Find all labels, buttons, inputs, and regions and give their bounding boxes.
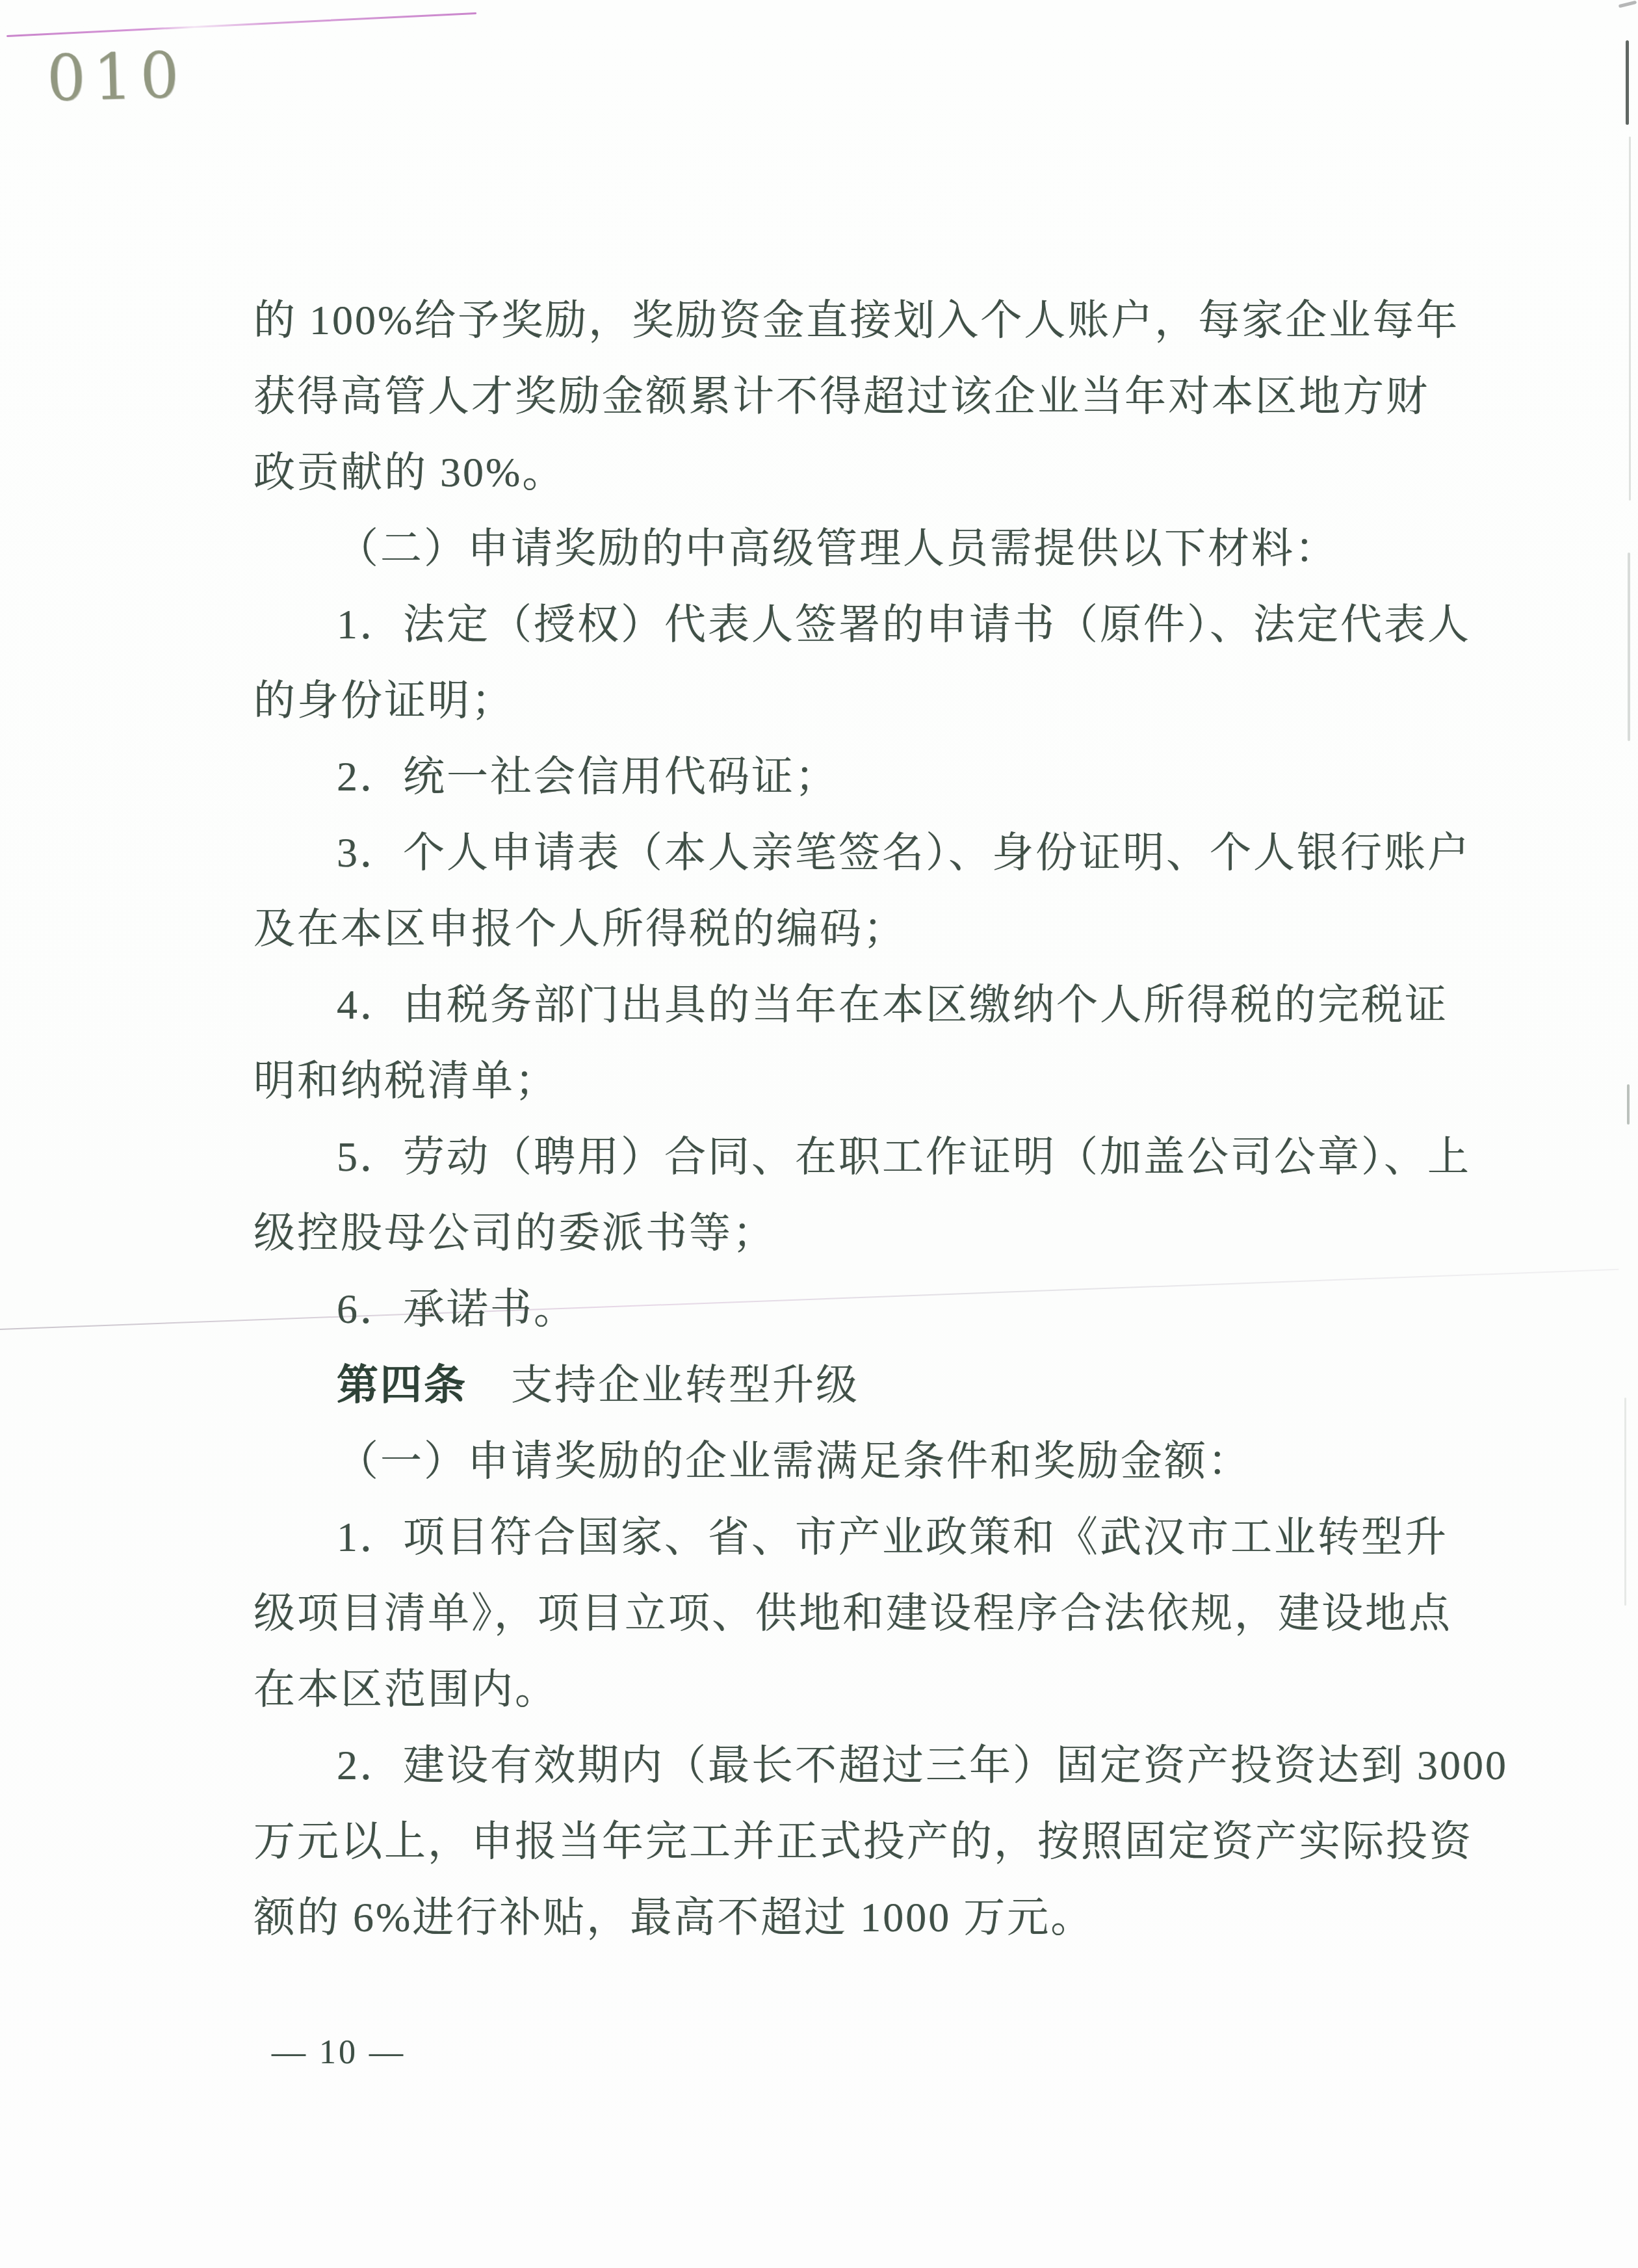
scan-artifact-edge-mark bbox=[1627, 1084, 1630, 1125]
page-number: — 10 — bbox=[272, 2033, 406, 2072]
text-segment: 级控股母公司的委派书等； bbox=[253, 1210, 776, 1256]
scanned-document-page: 010 的 100%给予奖励，奖励资金直接划入个人账户，每家企业每年获得高管人才… bbox=[0, 0, 1638, 2268]
text-segment: 3．个人申请表（本人亲笔签名）、身份证明、个人银行账户 bbox=[337, 829, 1471, 876]
text-line: 1．项目符合国家、省、市产业政策和《武汉市工业转型升 bbox=[337, 1514, 1448, 1561]
scan-artifact-edge-mark bbox=[1624, 1398, 1626, 1606]
text-segment: 2．建设有效期内（最长不超过三年）固定资产投资达到 3000 bbox=[337, 1742, 1508, 1788]
text-segment: 1．法定（授权）代表人签署的申请书（原件）、法定代表人 bbox=[337, 601, 1471, 647]
text-segment: 的身份证明； bbox=[253, 677, 515, 723]
scan-artifact-crease bbox=[0, 1269, 1618, 1330]
scan-artifact-edge-mark bbox=[1629, 137, 1631, 501]
text-segment: 的 100%给予奖励，奖励资金直接划入个人账户，每家企业每年 bbox=[253, 297, 1459, 343]
text-line: 额的 6%进行补贴，最高不超过 1000 万元。 bbox=[253, 1894, 1094, 1941]
text-segment: 明和纳税清单； bbox=[253, 1058, 558, 1104]
text-line: 1．法定（授权）代表人签署的申请书（原件）、法定代表人 bbox=[337, 601, 1471, 648]
text-line: 级项目清单》，项目立项、供地和建设程序合法依规，建设地点 bbox=[253, 1590, 1452, 1637]
text-line: 5．劳动（聘用）合同、在职工作证明（加盖公司公章）、上 bbox=[337, 1134, 1471, 1180]
text-segment: 1．项目符合国家、省、市产业政策和《武汉市工业转型升 bbox=[337, 1514, 1448, 1560]
text-segment: 万元以上，申报当年完工并正式投产的，按照固定资产实际投资 bbox=[253, 1818, 1473, 1864]
text-segment: 级项目清单》，项目立项、供地和建设程序合法依规，建设地点 bbox=[253, 1590, 1452, 1636]
text-line: 的身份证明； bbox=[253, 677, 515, 724]
text-segment: 支持企业转型升级 bbox=[467, 1362, 859, 1408]
text-line: 级控股母公司的委派书等； bbox=[253, 1210, 776, 1257]
text-line: （一）申请奖励的企业需满足条件和奖励金额： bbox=[337, 1438, 1251, 1485]
text-line: 4．由税务部门出具的当年在本区缴纳个人所得税的完税证 bbox=[337, 982, 1448, 1028]
text-line: 2．建设有效期内（最长不超过三年）固定资产投资达到 3000 bbox=[337, 1742, 1508, 1789]
text-line: （二）申请奖励的中高级管理人员需提供以下材料： bbox=[337, 525, 1338, 572]
text-segment: （一）申请奖励的企业需满足条件和奖励金额： bbox=[337, 1438, 1251, 1484]
text-line: 及在本区申报个人所得税的编码； bbox=[253, 906, 907, 952]
text-segment: 及在本区申报个人所得税的编码； bbox=[253, 906, 907, 952]
article-heading-bold: 第四条 bbox=[337, 1362, 467, 1408]
scan-artifact-edge-mark bbox=[1618, 1, 1637, 8]
text-segment: 5．劳动（聘用）合同、在职工作证明（加盖公司公章）、上 bbox=[337, 1134, 1471, 1180]
text-segment: （二）申请奖励的中高级管理人员需提供以下材料： bbox=[337, 525, 1338, 571]
text-line: 的 100%给予奖励，奖励资金直接划入个人账户，每家企业每年 bbox=[253, 297, 1459, 344]
text-line: 6．承诺书。 bbox=[337, 1286, 577, 1333]
text-line: 3．个人申请表（本人亲笔签名）、身份证明、个人银行账户 bbox=[337, 829, 1471, 876]
text-line: 万元以上，申报当年完工并正式投产的，按照固定资产实际投资 bbox=[253, 1818, 1473, 1865]
text-line: 政贡献的 30%。 bbox=[253, 449, 565, 496]
scan-artifact-pink-line bbox=[6, 12, 476, 37]
text-line: 明和纳税清单； bbox=[253, 1058, 558, 1104]
text-segment: 额的 6%进行补贴，最高不超过 1000 万元。 bbox=[253, 1894, 1094, 1940]
text-line: 获得高管人才奖励金额累计不得超过该企业当年对本区地方财 bbox=[253, 373, 1429, 420]
page-stamp: 010 bbox=[46, 41, 188, 115]
text-segment: 获得高管人才奖励金额累计不得超过该企业当年对本区地方财 bbox=[253, 373, 1429, 419]
text-segment: 4．由税务部门出具的当年在本区缴纳个人所得税的完税证 bbox=[337, 982, 1448, 1028]
text-line: 2．统一社会信用代码证； bbox=[337, 753, 838, 800]
scan-artifact-edge-mark bbox=[1626, 40, 1629, 125]
text-segment: 在本区范围内。 bbox=[253, 1666, 558, 1712]
scan-artifact-edge-mark bbox=[1628, 553, 1630, 741]
text-segment: 2．统一社会信用代码证； bbox=[337, 753, 838, 800]
text-segment: 6．承诺书。 bbox=[337, 1286, 577, 1332]
text-segment: 政贡献的 30%。 bbox=[253, 449, 565, 495]
text-line: 在本区范围内。 bbox=[253, 1666, 558, 1713]
text-line: 第四条 支持企业转型升级 bbox=[337, 1362, 859, 1409]
